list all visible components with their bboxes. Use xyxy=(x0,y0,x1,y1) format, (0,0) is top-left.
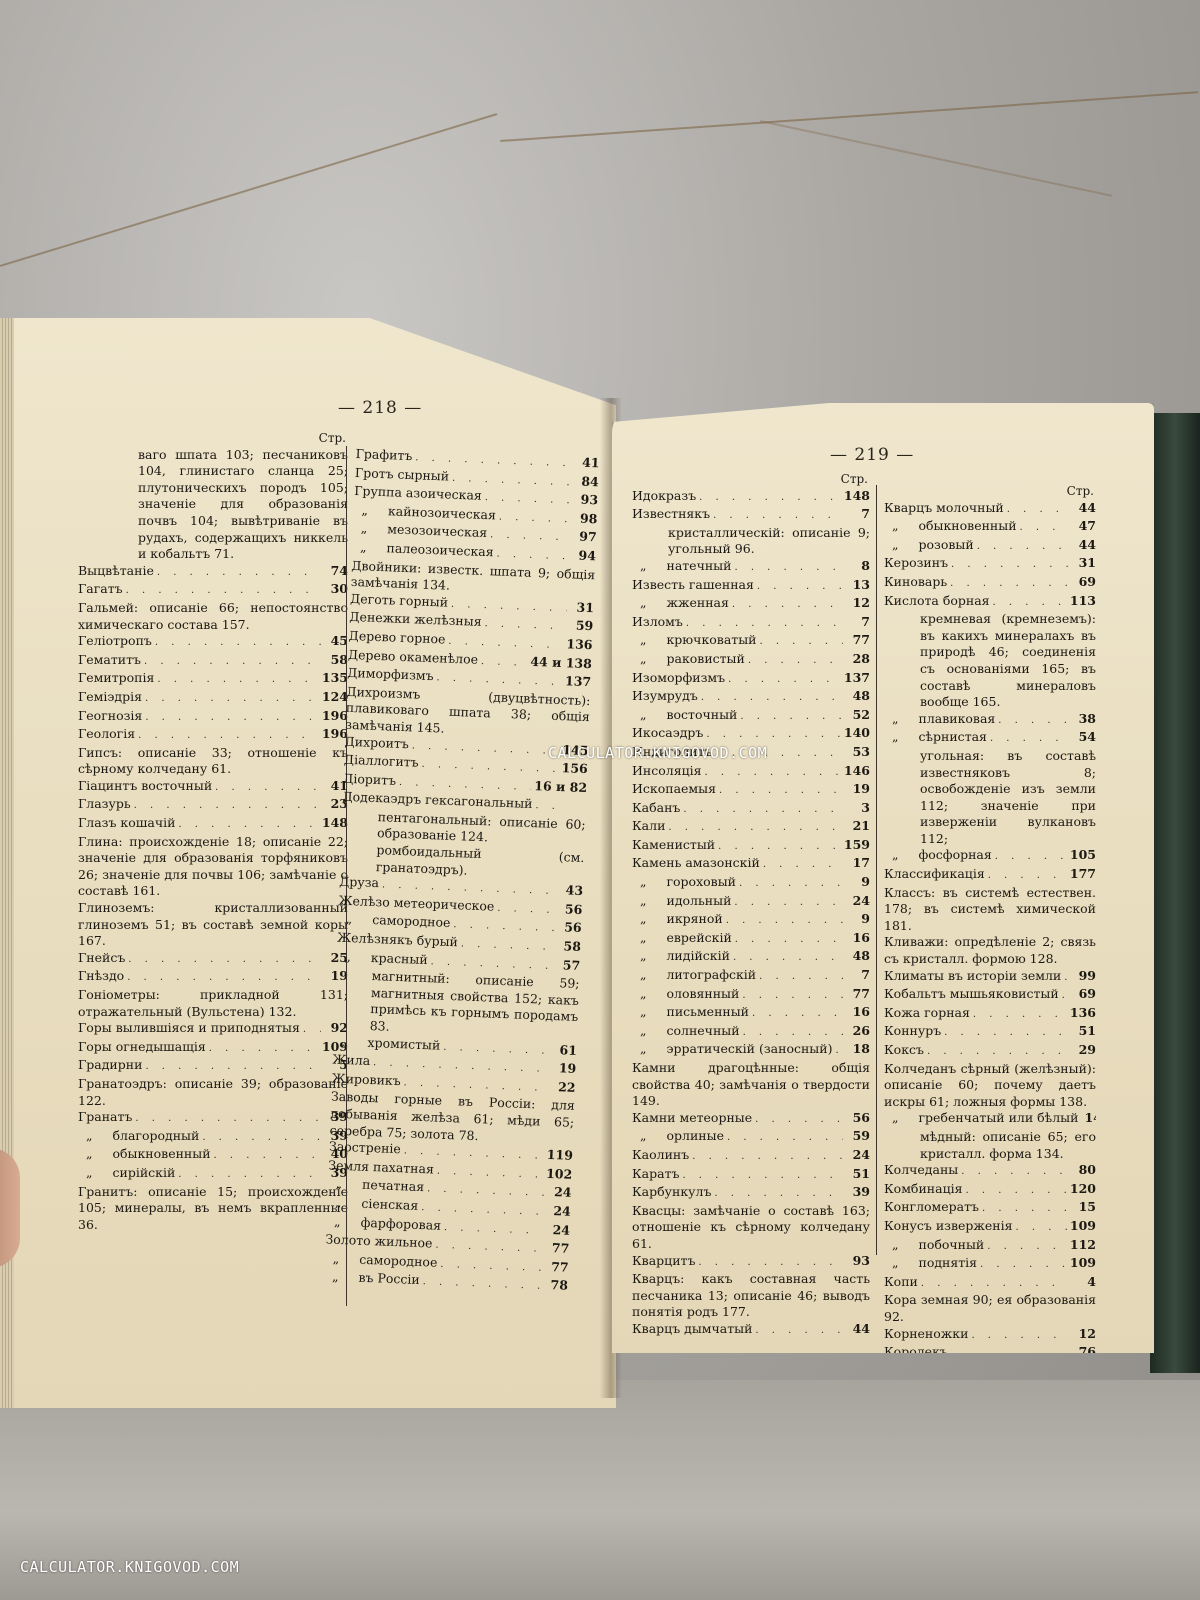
leader-dots xyxy=(490,528,570,548)
index-entry: Глиноземъ: кристаллизованный глиноземъ 5… xyxy=(78,900,348,950)
leader-dots xyxy=(748,653,843,670)
entry-page-number: 12 xyxy=(1072,1326,1096,1343)
entry-page-number: 94 xyxy=(572,547,597,565)
entry-page-number: 196 xyxy=(322,708,348,725)
entry-term: Группа азоическая xyxy=(354,483,482,504)
entry-term: плавиковая xyxy=(884,711,995,728)
entry-page-number: 99 xyxy=(1072,968,1096,985)
index-entry: Климаты въ исторiи земли99 xyxy=(884,968,1096,987)
entry-term: Кратеръ xyxy=(884,1381,939,1398)
entry-page-number: 29 xyxy=(1072,1042,1096,1059)
index-column: Стр. Кварцъ молочный44обыкновенный47розо… xyxy=(884,483,1096,1418)
index-entry: Гонiометры: прикладной 131; отражательны… xyxy=(78,987,348,1020)
index-entry: Комбинацiя120 xyxy=(884,1181,1096,1200)
index-entry: Изломъ7 xyxy=(632,614,870,633)
leader-dots xyxy=(980,1257,1067,1274)
entry-term: поднятiя xyxy=(884,1255,977,1272)
entry-page-number: 44 xyxy=(846,1321,870,1338)
index-entry: Копи4 xyxy=(884,1274,1096,1293)
leader-dots xyxy=(178,817,318,834)
index-entry: Глина: происхожденiе 18; описанiе 22; зн… xyxy=(78,834,348,900)
entry-term: оловянный xyxy=(632,986,739,1003)
leader-dots xyxy=(739,876,843,893)
leader-dots xyxy=(966,1183,1067,1200)
entry-page-number: 53 xyxy=(846,744,870,761)
leader-dots xyxy=(698,1255,843,1272)
entry-page-number: 78 xyxy=(544,1277,569,1295)
leader-dots xyxy=(498,509,570,528)
index-entry: магнитный: описанiе 59; магнитныя свойст… xyxy=(333,967,579,1043)
leader-dots xyxy=(1007,502,1069,519)
entry-page-number: 76 xyxy=(1072,1344,1096,1361)
entry-page-number: 3 xyxy=(846,800,870,817)
index-entry: фосфорная105 xyxy=(884,847,1096,866)
index-entry: крючковатый77 xyxy=(632,632,870,651)
entry-page-number: 136 xyxy=(566,636,593,654)
entry-page-number: 31 xyxy=(1072,555,1096,572)
index-entry: Кварцъ дымчатый44 xyxy=(632,1321,870,1340)
leader-dots xyxy=(713,508,843,525)
entry-term: Глазурь xyxy=(78,796,131,813)
index-entry: Каолинъ24 xyxy=(632,1147,870,1166)
index-entry: Ископаемыя19 xyxy=(632,781,870,800)
index-entry: Инсоляцiя146 xyxy=(632,763,870,782)
leader-dots xyxy=(728,672,841,689)
entry-page-number: 110 xyxy=(1070,1381,1096,1398)
index-entry: жженная12 xyxy=(632,595,870,614)
entry-page-number: 57 xyxy=(556,957,581,975)
leader-dots xyxy=(719,783,843,800)
leader-dots xyxy=(951,557,1069,574)
entry-page-number: 84 xyxy=(574,473,599,491)
entry-page-number: 140 xyxy=(1084,1110,1096,1127)
entry-term: Корундъ xyxy=(884,1363,941,1380)
entry-term: восточный xyxy=(632,707,737,724)
entry-term: Королекъ xyxy=(884,1344,948,1361)
index-entry: Кабанъ3 xyxy=(632,800,870,819)
index-entry: Изоморфизмъ137 xyxy=(632,670,870,689)
leader-dots xyxy=(460,936,554,956)
index-entry: оловянный77 xyxy=(632,986,870,1005)
index-entry: Кожа горная136 xyxy=(884,1005,1096,1024)
index-entry: Каменистый159 xyxy=(632,837,870,856)
index-entry: Гагатъ30 xyxy=(78,581,348,600)
entry-term: Камни метеорные xyxy=(632,1110,752,1127)
entry-term: солнечный xyxy=(632,1023,740,1040)
entry-term: побочный xyxy=(884,1237,984,1254)
index-entry: Геогнозiя196 xyxy=(78,708,348,727)
entry-page-number: 45 xyxy=(324,633,348,650)
entry-page-number: 24 xyxy=(547,1184,572,1202)
index-entry: Керозинъ31 xyxy=(884,555,1096,574)
leader-dots xyxy=(763,857,843,874)
entry-term: Керозинъ xyxy=(884,555,948,572)
entry-page-number: 18 xyxy=(846,1041,870,1058)
entry-term: Гемiэдрiя xyxy=(78,689,142,706)
entry-page-number: 52 xyxy=(846,707,870,724)
entry-term: еврейскiй xyxy=(632,930,732,947)
index-entry: Колчеданъ сѣрный (желѣзный): описанiе 60… xyxy=(884,1061,1096,1111)
entry-page-number: 56 xyxy=(557,920,582,938)
leader-dots xyxy=(740,709,843,726)
entry-term: Климаты въ исторiи земли xyxy=(884,968,1061,985)
index-entry: угольная: въ составѣ известняковъ 8; осв… xyxy=(884,748,1096,848)
entry-term: Копи xyxy=(884,1274,918,1291)
index-entry: литографскiй7 xyxy=(632,967,870,986)
index-entry: письменный16 xyxy=(632,1004,870,1023)
entry-page-number: 4 xyxy=(1072,1274,1096,1291)
index-entry: обыкновенный47 xyxy=(884,518,1096,537)
entry-page-number: 119 xyxy=(546,1147,573,1165)
index-entry: Гранитъ: описанiе 15; происхожденiе 105;… xyxy=(78,1184,348,1234)
entry-page-number: 38 xyxy=(1072,711,1096,728)
entry-term: гребенчатый или бѣлый xyxy=(884,1110,1078,1127)
entry-term: Кожа горная xyxy=(884,1005,970,1022)
entry-term: сирiйскiй xyxy=(78,1165,175,1182)
entry-term: Гемитропiя xyxy=(78,670,154,687)
leader-dots xyxy=(157,565,321,582)
entry-page-number: 146 xyxy=(844,763,870,780)
entry-page-number: 109 xyxy=(1070,1255,1096,1272)
index-entry: Градирни5 xyxy=(78,1057,348,1076)
entry-page-number: 56 xyxy=(558,901,583,919)
index-entry: Горы вылившiяся и приподнятыя92 xyxy=(78,1020,348,1039)
entry-term: лидiйскiй xyxy=(632,948,730,965)
leader-dots xyxy=(668,820,843,837)
leader-dots xyxy=(303,1022,321,1039)
index-entry: Гипсъ: описанiе 33; отношенiе къ сѣрному… xyxy=(78,745,348,778)
marble-vein xyxy=(500,91,1198,142)
index-entry: Гелiотропъ45 xyxy=(78,633,348,652)
index-entry: поднятiя109 xyxy=(884,1255,1096,1274)
entry-page-number: 39 xyxy=(846,1184,870,1201)
leader-dots xyxy=(128,952,321,969)
entry-term: Конусъ изверженiя xyxy=(884,1218,1013,1235)
entry-term: Изумрудъ xyxy=(632,688,698,705)
index-entry: идольный24 xyxy=(632,893,870,912)
entry-page-number: 93 xyxy=(574,492,599,510)
entry-term: крючковатый xyxy=(632,632,756,649)
leader-dots xyxy=(138,728,319,745)
entry-page-number xyxy=(562,809,586,810)
entry-term: Корненожки xyxy=(884,1326,968,1343)
index-entry: Корундъ52 xyxy=(884,1363,1096,1382)
index-entry: натечный8 xyxy=(632,558,870,577)
entry-term: Карбункулъ xyxy=(632,1184,711,1201)
entry-term: Конгломератъ xyxy=(884,1199,979,1216)
entry-term: Известнякъ xyxy=(632,506,710,523)
leader-dots xyxy=(127,970,321,987)
entry-page-number: 80 xyxy=(1072,1162,1096,1179)
index-entry: побочный112 xyxy=(884,1237,1096,1256)
index-entry: Гранатоэдръ: описанiе 39; образованiе 12… xyxy=(78,1076,348,1109)
index-entry: обыкновенный40 xyxy=(78,1146,348,1165)
entry-term: Каолинъ xyxy=(632,1147,689,1164)
entry-page-number: 58 xyxy=(557,938,582,956)
entry-term: Комбинацiя xyxy=(884,1181,963,1198)
leader-dots xyxy=(742,988,843,1005)
index-entry: восточный52 xyxy=(632,707,870,726)
entry-term: самородное xyxy=(324,1250,437,1271)
entry-page-number: 113 xyxy=(1070,593,1096,610)
entry-term: благородный xyxy=(78,1128,199,1145)
entry-page-number: 77 xyxy=(846,986,870,1003)
leader-dots xyxy=(835,1043,843,1060)
entry-page-number: 54 xyxy=(1072,729,1096,746)
leader-dots xyxy=(144,654,321,671)
entry-term: Кабанъ xyxy=(632,800,680,817)
leader-dots xyxy=(995,849,1067,866)
entry-page-number: 74 xyxy=(324,563,348,580)
entry-page-number: 97 xyxy=(572,529,597,547)
leader-dots xyxy=(951,1346,1069,1363)
column-header: Стр. xyxy=(884,483,1096,500)
entry-page-number: 19 xyxy=(846,781,870,798)
entry-term: хромистый xyxy=(333,1033,441,1054)
entry-page-number: 9 xyxy=(846,874,870,891)
index-entries: Идокразъ148Известнякъ7кристаллическiй: о… xyxy=(632,488,870,1340)
entry-term: Камень амазонскiй xyxy=(632,855,760,872)
entry-page-number: 44 и 138 xyxy=(530,653,592,672)
index-entries: Кварцъ молочный44обыкновенный47розовый44… xyxy=(884,500,1096,1419)
entry-page-number: 58 xyxy=(324,652,348,669)
entry-term: Золото жильное xyxy=(325,1232,433,1253)
leader-dots xyxy=(692,1149,843,1166)
index-entry: Идокразъ148 xyxy=(632,488,870,507)
entry-term: Горы вылившiяся и приподнятыя xyxy=(78,1020,300,1037)
index-entry: Известнякъ7 xyxy=(632,506,870,525)
index-entry: Гематитъ58 xyxy=(78,652,348,671)
leader-dots xyxy=(971,1328,1069,1345)
entry-page-number: 93 xyxy=(846,1253,870,1270)
column-header: Стр. xyxy=(78,430,348,447)
leader-dots xyxy=(726,913,843,930)
entry-term: Каменистый xyxy=(632,837,715,854)
entry-term: Классификацiя xyxy=(884,866,985,883)
index-entry: Кора земная 90; ея образованiя 92. xyxy=(884,1292,1096,1325)
entry-term: Горы огнедышащiя xyxy=(78,1039,206,1056)
leader-dots xyxy=(759,969,843,986)
entry-page-number: 43 xyxy=(559,882,584,900)
entry-term: гороховый xyxy=(632,874,736,891)
entry-term: Киноварь xyxy=(884,574,947,591)
entry-page-number: 7 xyxy=(846,506,870,523)
leader-dots xyxy=(734,560,843,577)
entry-term: Икосаэдръ xyxy=(632,725,703,742)
index-entry: Камни драгоцѣнные: общiя свойства 40; за… xyxy=(632,1060,870,1110)
index-entry: Гнѣздо19 xyxy=(78,968,348,987)
entry-page-number: 98 xyxy=(573,510,598,528)
entry-term: розовый xyxy=(884,537,974,554)
entry-term: Земля пахатная xyxy=(328,1157,434,1178)
leader-dots xyxy=(944,1025,1069,1042)
index-entry: Выцвѣтанiе74 xyxy=(78,563,348,582)
leader-dots xyxy=(145,691,319,708)
leader-dots xyxy=(1062,988,1069,1005)
entry-page-number: 8 xyxy=(846,558,870,575)
entry-page-number: 31 xyxy=(570,599,595,617)
entry-page-number: 56 xyxy=(846,1110,870,1127)
entry-term: литографскiй xyxy=(632,967,756,984)
entry-term: Графитъ xyxy=(355,446,412,465)
leader-dots xyxy=(134,798,321,815)
entry-page-number: 109 xyxy=(1070,1218,1096,1235)
index-entry: Глазурь23 xyxy=(78,796,348,815)
leader-dots xyxy=(699,490,841,507)
entry-term: Жила xyxy=(332,1052,370,1070)
entry-page-number: 12 xyxy=(846,595,870,612)
entry-term: обыкновенный xyxy=(78,1146,211,1163)
leader-dots xyxy=(422,1274,541,1295)
entry-term: Каратъ xyxy=(632,1166,679,1183)
leader-dots xyxy=(727,1130,843,1147)
index-entry: благородный39 xyxy=(78,1128,348,1147)
entry-term: Дiаллогитъ xyxy=(344,752,419,771)
leader-dots xyxy=(135,1111,321,1128)
leader-dots xyxy=(1016,1220,1067,1237)
index-entry: Гранатъ39 xyxy=(78,1109,348,1128)
entry-term: жженная xyxy=(632,595,729,612)
entry-term: въ Россiи xyxy=(324,1269,420,1289)
entry-term: эрратическiй (заносный) xyxy=(632,1041,832,1058)
column-header: Стр. xyxy=(632,471,870,488)
leader-dots xyxy=(209,1041,319,1058)
entry-page-number: 16 xyxy=(846,1004,870,1021)
leader-dots xyxy=(961,1164,1069,1181)
leader-dots xyxy=(145,710,319,727)
entry-term: Кварцъ дымчатый xyxy=(632,1321,752,1338)
index-column: Стр. ваго шпата 103; песчаниковъ 104, гл… xyxy=(78,430,348,1233)
index-entry: плавиковая38 xyxy=(884,711,1096,730)
leader-dots xyxy=(497,901,556,920)
entry-term: сѣрнистая xyxy=(884,729,987,746)
index-entry: Корненожки12 xyxy=(884,1326,1096,1345)
index-entry: Камень амазонскiй17 xyxy=(632,855,870,874)
index-entry: Квасцы: замѣчанiе о составѣ 163; отношен… xyxy=(632,1203,870,1253)
leader-dots xyxy=(993,595,1067,612)
entry-term: Гiацинтъ восточный xyxy=(78,778,212,795)
entry-term: Друза xyxy=(339,874,379,892)
entry-page-number: 30 xyxy=(324,581,348,598)
entry-term: Колчеданы xyxy=(884,1162,958,1179)
leader-dots xyxy=(1020,520,1069,537)
index-entry: сирiйскiй39 xyxy=(78,1165,348,1184)
leader-dots xyxy=(714,1186,843,1203)
leader-dots xyxy=(155,635,321,652)
entry-term: Выцвѣтанiе xyxy=(78,563,154,580)
entry-term: Идокразъ xyxy=(632,488,696,505)
entry-term: натечный xyxy=(632,558,731,575)
entry-page-number: 69 xyxy=(1072,986,1096,1003)
index-entry: Камни метеорные56 xyxy=(632,1110,870,1129)
index-entry: Кварцитъ93 xyxy=(632,1253,870,1272)
index-entry: сѣрнистая54 xyxy=(884,729,1096,748)
index-entry: кремневая (кремнеземъ): въ какихъ минера… xyxy=(884,611,1096,711)
index-entry: Икосаэдръ140 xyxy=(632,725,870,744)
entry-page-number: 16 и 82 xyxy=(534,778,587,797)
entry-term: Геогнозiя xyxy=(78,708,142,725)
entry-term: Заостренiе xyxy=(329,1139,401,1158)
index-entry: Кали21 xyxy=(632,818,870,837)
entry-term: Кислота борная xyxy=(884,593,990,610)
entry-term: Кали xyxy=(632,818,665,835)
leader-dots xyxy=(734,895,843,912)
thumb xyxy=(0,1148,20,1268)
watermark-center: CALCULATOR.KNIGOVOD.COM xyxy=(548,744,767,762)
entry-term: сiенская xyxy=(327,1194,419,1214)
entry-page-number: 61 xyxy=(553,1042,578,1060)
index-entry: Горы огнедышащiя109 xyxy=(78,1039,348,1058)
index-entry: Конусъ изверженiя109 xyxy=(884,1218,1096,1237)
entry-term: Дерево горное xyxy=(348,628,445,648)
index-entry: еврейскiй16 xyxy=(632,930,870,949)
index-entry: Геологiя196 xyxy=(78,726,348,745)
entry-term: Гагатъ xyxy=(78,581,123,598)
index-entry: орлиные59 xyxy=(632,1128,870,1147)
index-entry: Коннуръ51 xyxy=(884,1023,1096,1042)
entry-term: икряной xyxy=(632,911,723,928)
entry-term: Дiоритъ xyxy=(343,770,396,789)
entry-page-number: 105 xyxy=(1070,847,1096,864)
entry-page-number: 24 xyxy=(846,1147,870,1164)
leader-dots xyxy=(950,576,1069,593)
entry-continuation: ваго шпата 103; песчаниковъ 104, глинист… xyxy=(78,447,348,563)
leader-dots xyxy=(157,672,319,689)
entry-page-number: 19 xyxy=(552,1060,577,1078)
index-entry: кристаллическiй: описанiе 9; угольный 96… xyxy=(632,525,870,558)
leader-dots xyxy=(942,1383,1067,1400)
entry-page-number: 112 xyxy=(1070,1237,1096,1254)
index-entry: Кобальтъ мышьяковистый69 xyxy=(884,986,1096,1005)
index-entry: Гемiэдрiя124 xyxy=(78,689,348,708)
index-entry: гребенчатый или бѣлый140 xyxy=(884,1110,1096,1129)
leader-dots xyxy=(944,1365,1069,1382)
leader-dots xyxy=(683,802,843,819)
index-column: Графитъ41Гротъ сырный84Группа азоическая… xyxy=(324,446,600,1297)
entry-term: Гематитъ xyxy=(78,652,141,669)
index-entry: розовый44 xyxy=(884,537,1096,556)
leader-dots xyxy=(215,780,321,797)
leader-dots xyxy=(202,1130,321,1147)
entry-page-number: 77 xyxy=(846,632,870,649)
entry-term: Градирни xyxy=(78,1057,142,1074)
index-entry: раковистый28 xyxy=(632,651,870,670)
entry-page-number: 28 xyxy=(846,651,870,668)
index-entry: Королекъ76 xyxy=(884,1344,1096,1363)
entry-page-number: 44 xyxy=(1072,500,1096,517)
entry-page-number: 17 xyxy=(846,855,870,872)
index-entry: Кратеръ110 xyxy=(884,1381,1096,1400)
index-entry: Кварцъ: какъ составная часть песчаника 1… xyxy=(632,1271,870,1321)
page-number: — 219 — xyxy=(830,445,914,465)
leader-dots xyxy=(484,490,571,510)
entry-term: Известь гашенная xyxy=(632,577,754,594)
entry-term: Гнѣздо xyxy=(78,968,124,985)
entry-term: Диморфизмъ xyxy=(347,665,434,685)
leader-dots xyxy=(178,1167,321,1184)
leader-dots xyxy=(987,1239,1067,1256)
index-entry: гороховый9 xyxy=(632,874,870,893)
leader-dots xyxy=(145,1059,321,1076)
page-number: — 218 — xyxy=(338,398,422,418)
entry-term: Глазъ кошачiй xyxy=(78,815,175,832)
leader-dots xyxy=(735,932,843,949)
entry-page-number: 177 xyxy=(1070,866,1096,883)
entry-term: Желѣзнякъ бурый xyxy=(337,930,458,951)
index-entry: Гнейсъ25 xyxy=(78,950,348,969)
entry-page-number: 44 xyxy=(1072,537,1096,554)
index-entry: Карбункулъ39 xyxy=(632,1184,870,1203)
